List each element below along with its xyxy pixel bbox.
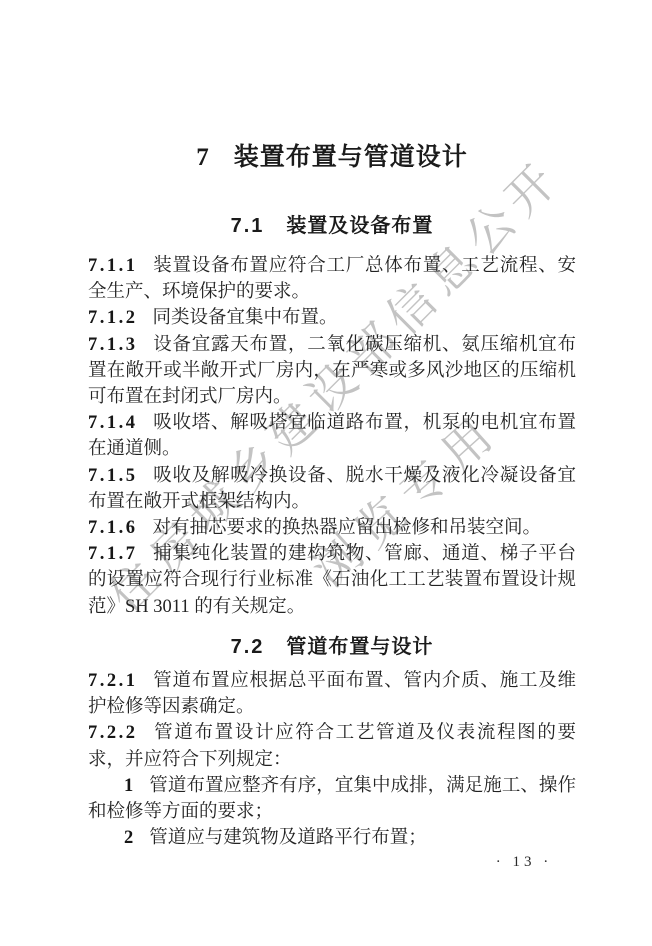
list-item-1: 1管道布置应整齐有序，宜集中成排，满足施工、操作和检修等方面的要求； [88, 773, 576, 825]
clause-7-1-5-text: 吸收及解吸冷换设备、脱水干燥及液化冷凝设备宜布置在敞开式框架结构内。 [88, 466, 576, 512]
list-item-1-text: 管道布置应整齐有序，宜集中成排，满足施工、操作和检修等方面的要求； [88, 776, 576, 822]
chapter-number: 7 [196, 144, 210, 171]
section-7-2-number: 7.2 [231, 636, 265, 658]
section-7-1-heading: 7.1装置及设备布置 [88, 213, 576, 239]
list-item-2-text: 管道应与建筑物及道路平行布置； [149, 828, 427, 848]
clause-7-1-2: 7.1.2同类设备宜集中布置。 [88, 305, 576, 331]
clause-7-2-1-text: 管道布置应根据总平面布置、管内介质、施工及维护检修等因素确定。 [88, 671, 576, 717]
clause-7-1-4-number: 7.1.4 [88, 413, 138, 433]
document-page: 住房城乡建设部信息公开 浏览专用 7装置布置与管道设计 7.1装置及设备布置 7… [0, 0, 652, 946]
section-7-2-heading: 7.2管道布置与设计 [88, 634, 576, 660]
clause-7-1-7: 7.1.7捕集纯化装置的建构筑物、管廊、通道、梯子平台的设置应符合现行行业标准《… [88, 541, 576, 620]
clause-7-1-3-text: 设备宜露天布置，二氧化碳压缩机、氨压缩机宜布置在敞开或半敞开式厂房内，在严寒或多… [88, 335, 576, 407]
clause-7-1-1: 7.1.1装置设备布置应符合工厂总体布置、工艺流程、安全生产、环境保护的要求。 [88, 253, 576, 305]
clause-7-2-2: 7.2.2管道布置设计应符合工艺管道及仪表流程图的要求，并应符合下列规定： [88, 720, 576, 772]
clause-7-1-1-text: 装置设备布置应符合工厂总体布置、工艺流程、安全生产、环境保护的要求。 [88, 256, 576, 302]
clause-7-1-4: 7.1.4吸收塔、解吸塔宜临道路布置，机泵的电机宜布置在通道侧。 [88, 410, 576, 462]
section-7-1-number: 7.1 [231, 215, 265, 237]
clause-7-1-7-number: 7.1.7 [88, 544, 138, 564]
clause-7-1-6-text: 对有抽芯要求的换热器应留出检修和吊装空间。 [153, 518, 542, 538]
section-7-2-title: 管道布置与设计 [286, 636, 433, 658]
clause-7-1-2-number: 7.1.2 [88, 308, 138, 328]
clause-7-1-3: 7.1.3设备宜露天布置，二氧化碳压缩机、氨压缩机宜布置在敞开或半敞开式厂房内，… [88, 332, 576, 411]
clause-7-1-7-text: 捕集纯化装置的建构筑物、管廊、通道、梯子平台的设置应符合现行行业标准《石油化工工… [88, 544, 576, 616]
clause-7-1-2-text: 同类设备宜集中布置。 [153, 308, 338, 328]
clause-7-2-1: 7.2.1管道布置应根据总平面布置、管内介质、施工及维护检修等因素确定。 [88, 668, 576, 720]
page-number: · 13 · [478, 853, 570, 871]
clause-7-1-5-number: 7.1.5 [88, 466, 138, 486]
clause-7-1-6-number: 7.1.6 [88, 518, 138, 538]
clause-7-1-6: 7.1.6对有抽芯要求的换热器应留出检修和吊装空间。 [88, 515, 576, 541]
clause-7-2-2-number: 7.2.2 [88, 723, 138, 743]
clause-7-1-5: 7.1.5吸收及解吸冷换设备、脱水干燥及液化冷凝设备宜布置在敞开式框架结构内。 [88, 463, 576, 515]
list-item-2-number: 2 [124, 828, 133, 848]
clause-7-1-1-number: 7.1.1 [88, 256, 138, 276]
list-item-1-number: 1 [124, 776, 133, 796]
section-7-2-body: 7.2.1管道布置应根据总平面布置、管内介质、施工及维护检修等因素确定。 7.2… [88, 668, 576, 851]
clause-7-2-1-number: 7.2.1 [88, 671, 138, 691]
clause-7-1-4-text: 吸收塔、解吸塔宜临道路布置，机泵的电机宜布置在通道侧。 [88, 413, 576, 459]
section-7-1-title: 装置及设备布置 [286, 215, 433, 237]
chapter-title: 7装置布置与管道设计 [88, 143, 576, 173]
list-item-2: 2管道应与建筑物及道路平行布置； [88, 825, 576, 851]
chapter-title-text: 装置布置与管道设计 [234, 144, 468, 171]
section-7-1-body: 7.1.1装置设备布置应符合工厂总体布置、工艺流程、安全生产、环境保护的要求。 … [88, 253, 576, 620]
clause-7-1-3-number: 7.1.3 [88, 335, 138, 355]
clause-7-2-2-text: 管道布置设计应符合工艺管道及仪表流程图的要求，并应符合下列规定： [88, 723, 576, 769]
